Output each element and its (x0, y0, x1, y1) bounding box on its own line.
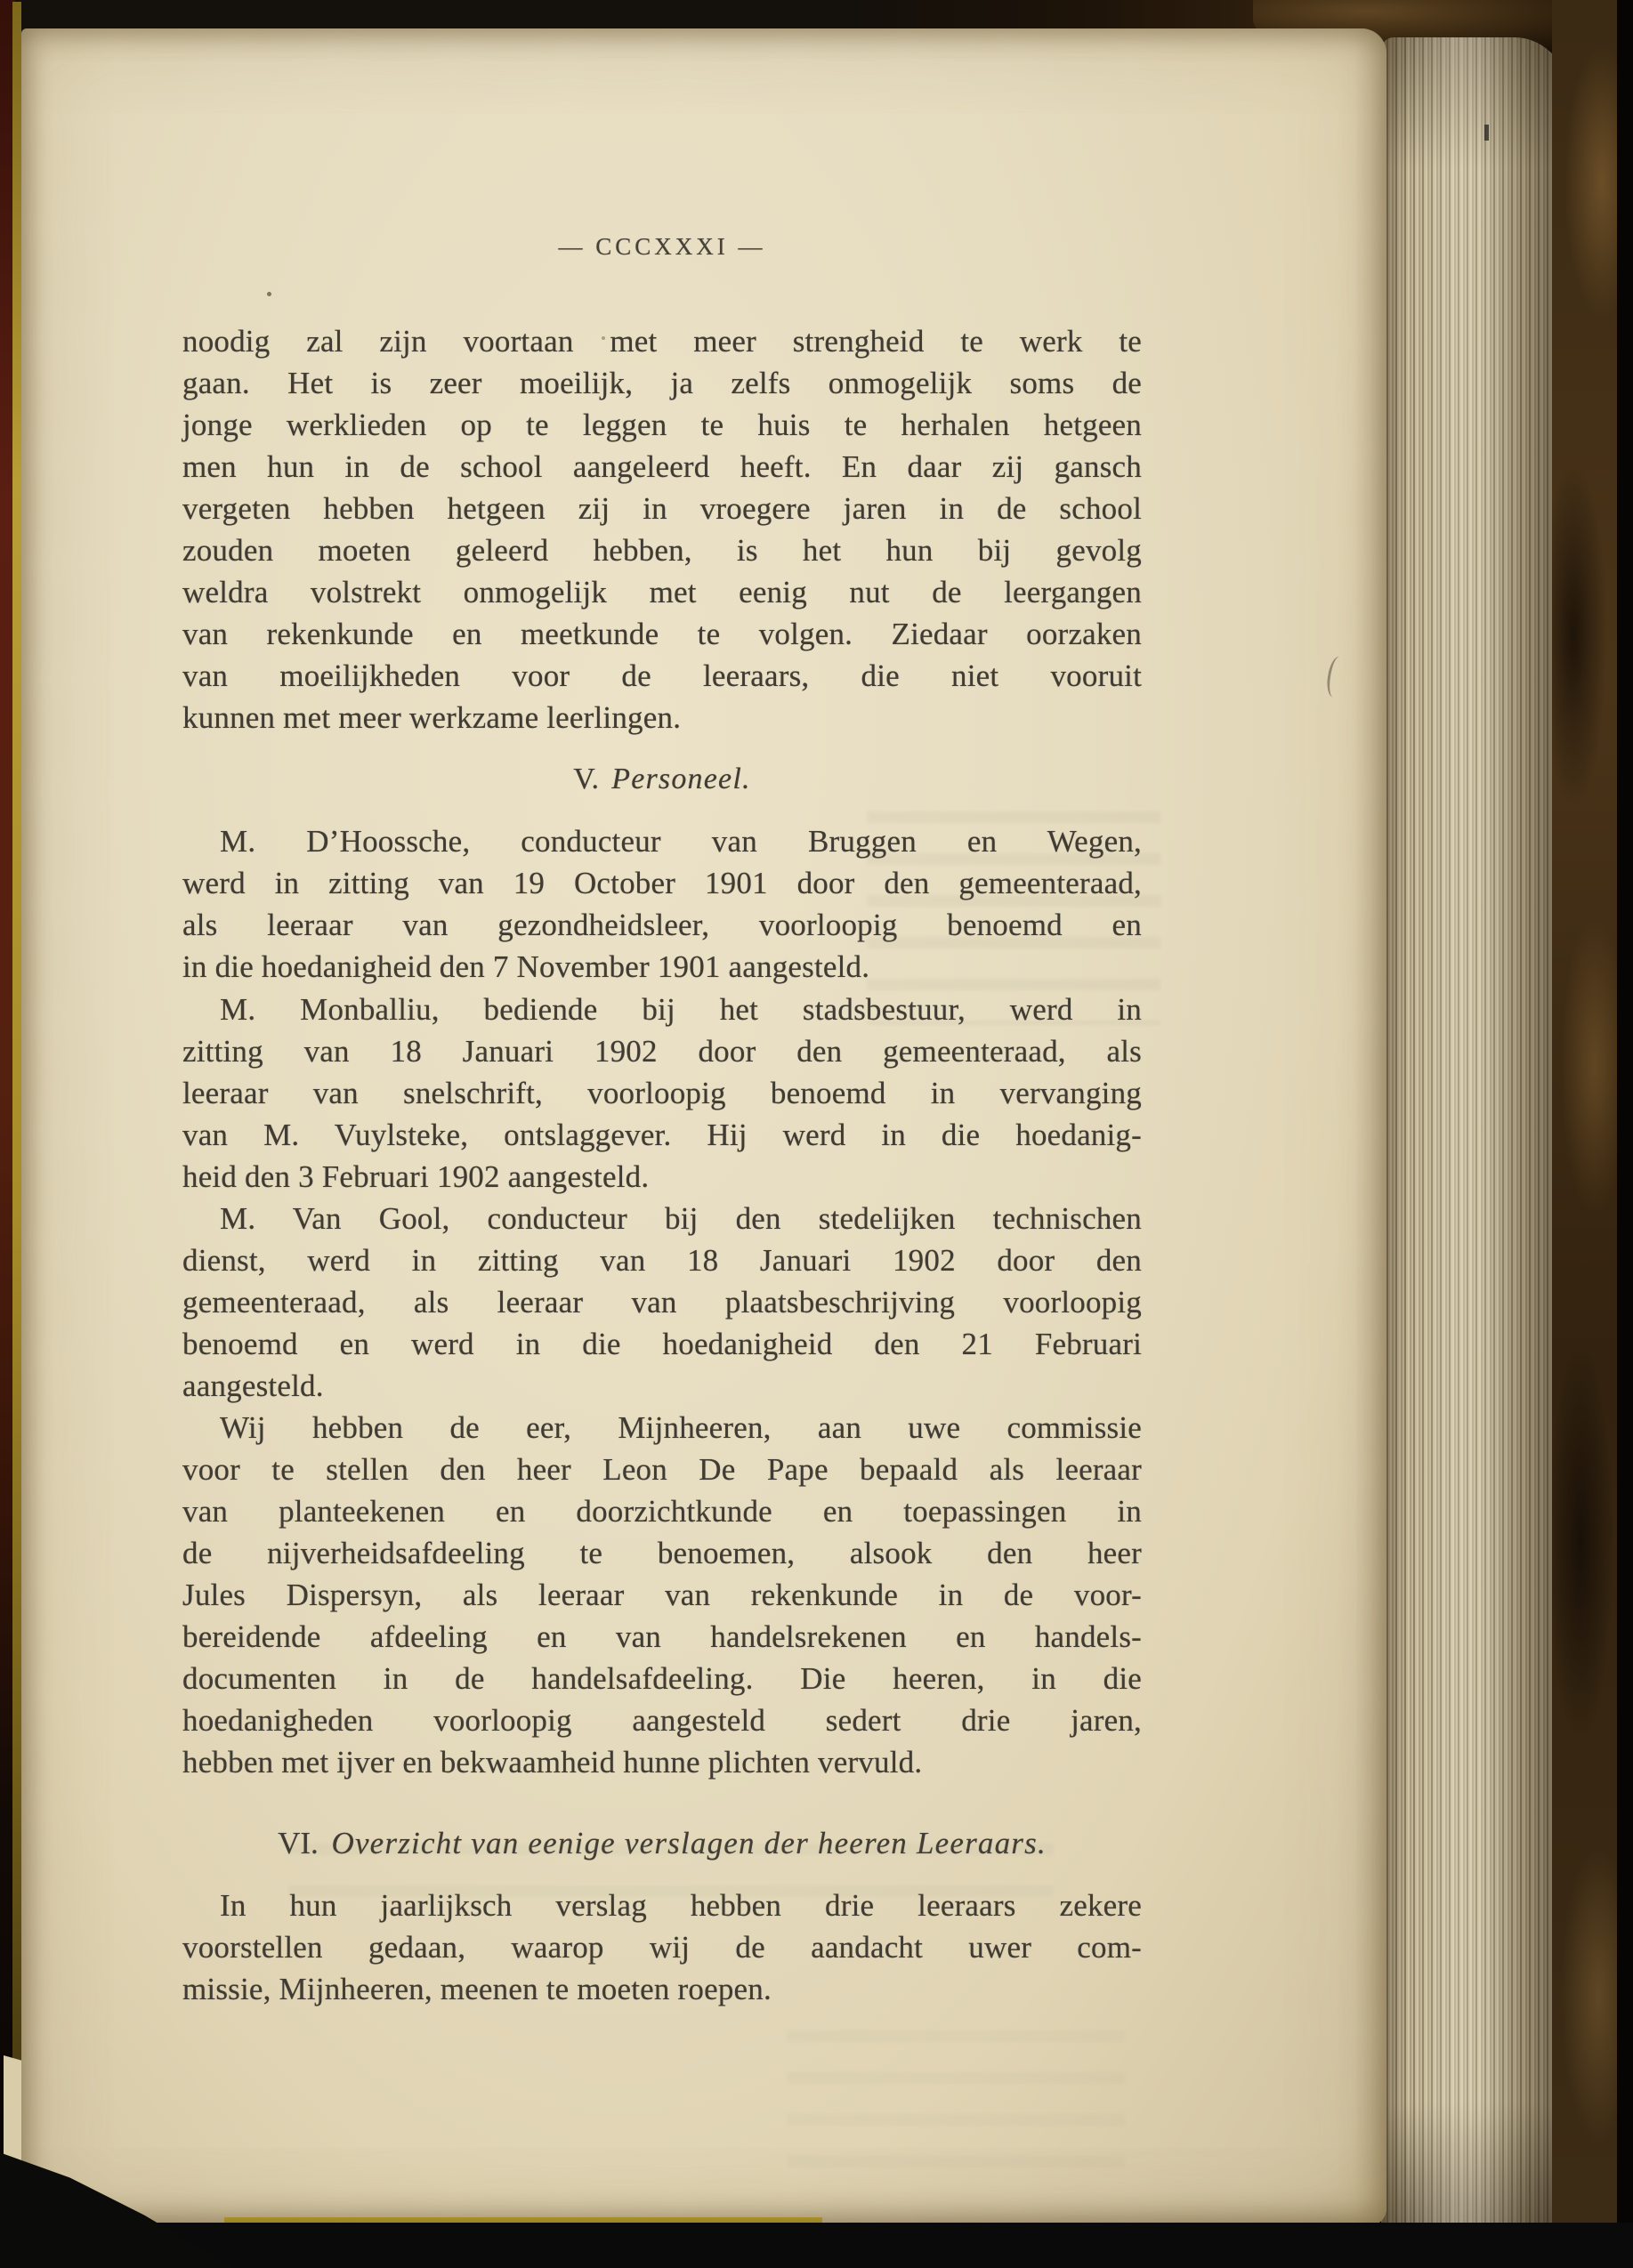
text-line: voorstellen gedaan, waarop wij de aandac… (182, 1926, 1142, 1968)
text-line: dienst, werd in zitting van 18 Januari 1… (182, 1239, 1142, 1281)
text-line: kunnen met meer werkzame leerlingen. (182, 697, 1142, 739)
show-through-ghost (787, 2030, 1125, 2182)
paragraph-6: In hun jaarlijksch verslag hebben drie l… (182, 1885, 1142, 2010)
page-edge-mark (1484, 125, 1489, 141)
gold-page-edge-line (12, 2, 21, 2183)
section-heading-v: V.Personeel. (182, 758, 1142, 800)
text-line: van M. Vuylsteke, ontslaggever. Hij werd… (182, 1114, 1142, 1156)
text-line: bereidende afdeeling en van handelsreken… (182, 1616, 1142, 1658)
pen-mark (1325, 656, 1350, 699)
page-number-header: — CCCXXXI — (182, 233, 1142, 261)
text-line: leeraar van snelschrift, voorloopig beno… (182, 1072, 1142, 1114)
text-line: gaan. Het is zeer moeilijk, ja zelfs onm… (182, 362, 1142, 404)
backdrop-right-band (1617, 0, 1633, 2268)
text-line: weldra volstrekt onmogelijk met eenig nu… (182, 571, 1142, 613)
show-through-ghost (867, 811, 1160, 1025)
text-line: zouden moeten geleerd hebben, is het hun… (182, 529, 1142, 571)
backdrop-bottom-band (0, 2223, 1633, 2268)
book-cover-marbled (1552, 0, 1623, 2268)
text-line: benoemd en werd in die hoedanigheid den … (182, 1323, 1142, 1365)
text-line: vergeten hebben hetgeen zij in vroegere … (182, 488, 1142, 529)
show-through-ghost (288, 1844, 1054, 1897)
text-line: documenten in de handelsafdeeling. Die h… (182, 1658, 1142, 1699)
text-line: zitting van 18 Januari 1902 door den gem… (182, 1030, 1142, 1072)
text-line: aangesteld. (182, 1365, 1142, 1407)
text-line: van rekenkunde en meetkunde te volgen. Z… (182, 613, 1142, 655)
ink-speck (267, 292, 271, 296)
paragraph-1: noodig zal zijn voortaan met meer streng… (182, 320, 1142, 739)
book-page: — CCCXXXI — noodig zal zijn voortaan met… (21, 28, 1386, 2226)
text-line: Wij hebben de eer, Mijnheeren, aan uwe c… (182, 1407, 1142, 1449)
text-line: van planteekenen en doorzichtkunde en to… (182, 1490, 1142, 1532)
text-line: voor te stellen den heer Leon De Pape be… (182, 1449, 1142, 1490)
section-v-title: Personeel. (611, 763, 750, 795)
paragraph-5: Wij hebben de eer, Mijnheeren, aan uwe c… (182, 1407, 1142, 1783)
text-line: de nijverheidsafdeeling te benoemen, als… (182, 1532, 1142, 1574)
text-line: heid den 3 Februari 1902 aangesteld. (182, 1156, 1142, 1198)
ink-speck (602, 336, 605, 340)
text-line: men hun in de school aangeleerd heeft. E… (182, 446, 1142, 488)
text-line: M. Van Gool, conducteur bij den stedelij… (182, 1198, 1142, 1239)
text-line: jonge werklieden op te leggen te huis te… (182, 404, 1142, 446)
book-page-edges (1381, 37, 1572, 2235)
text-line: Jules Dispersyn, als leeraar van rekenku… (182, 1574, 1142, 1616)
scanned-book-photo: — CCCXXXI — noodig zal zijn voortaan met… (0, 0, 1633, 2268)
text-line: missie, Mijnheeren, meenen te moeten roe… (182, 1968, 1142, 2010)
text-line: noodig zal zijn voortaan met meer streng… (182, 320, 1142, 362)
text-line: hoedanigheden voorloopig aangesteld sede… (182, 1699, 1142, 1741)
text-line: hebben met ijver en bekwaamheid hunne pl… (182, 1741, 1142, 1783)
text-line: van moeilijkheden voor de leeraars, die … (182, 655, 1142, 697)
section-v-numeral: V. (573, 763, 599, 795)
text-line: gemeenteraad, als leeraar van plaatsbesc… (182, 1281, 1142, 1323)
paragraph-4: M. Van Gool, conducteur bij den stedelij… (182, 1198, 1142, 1407)
